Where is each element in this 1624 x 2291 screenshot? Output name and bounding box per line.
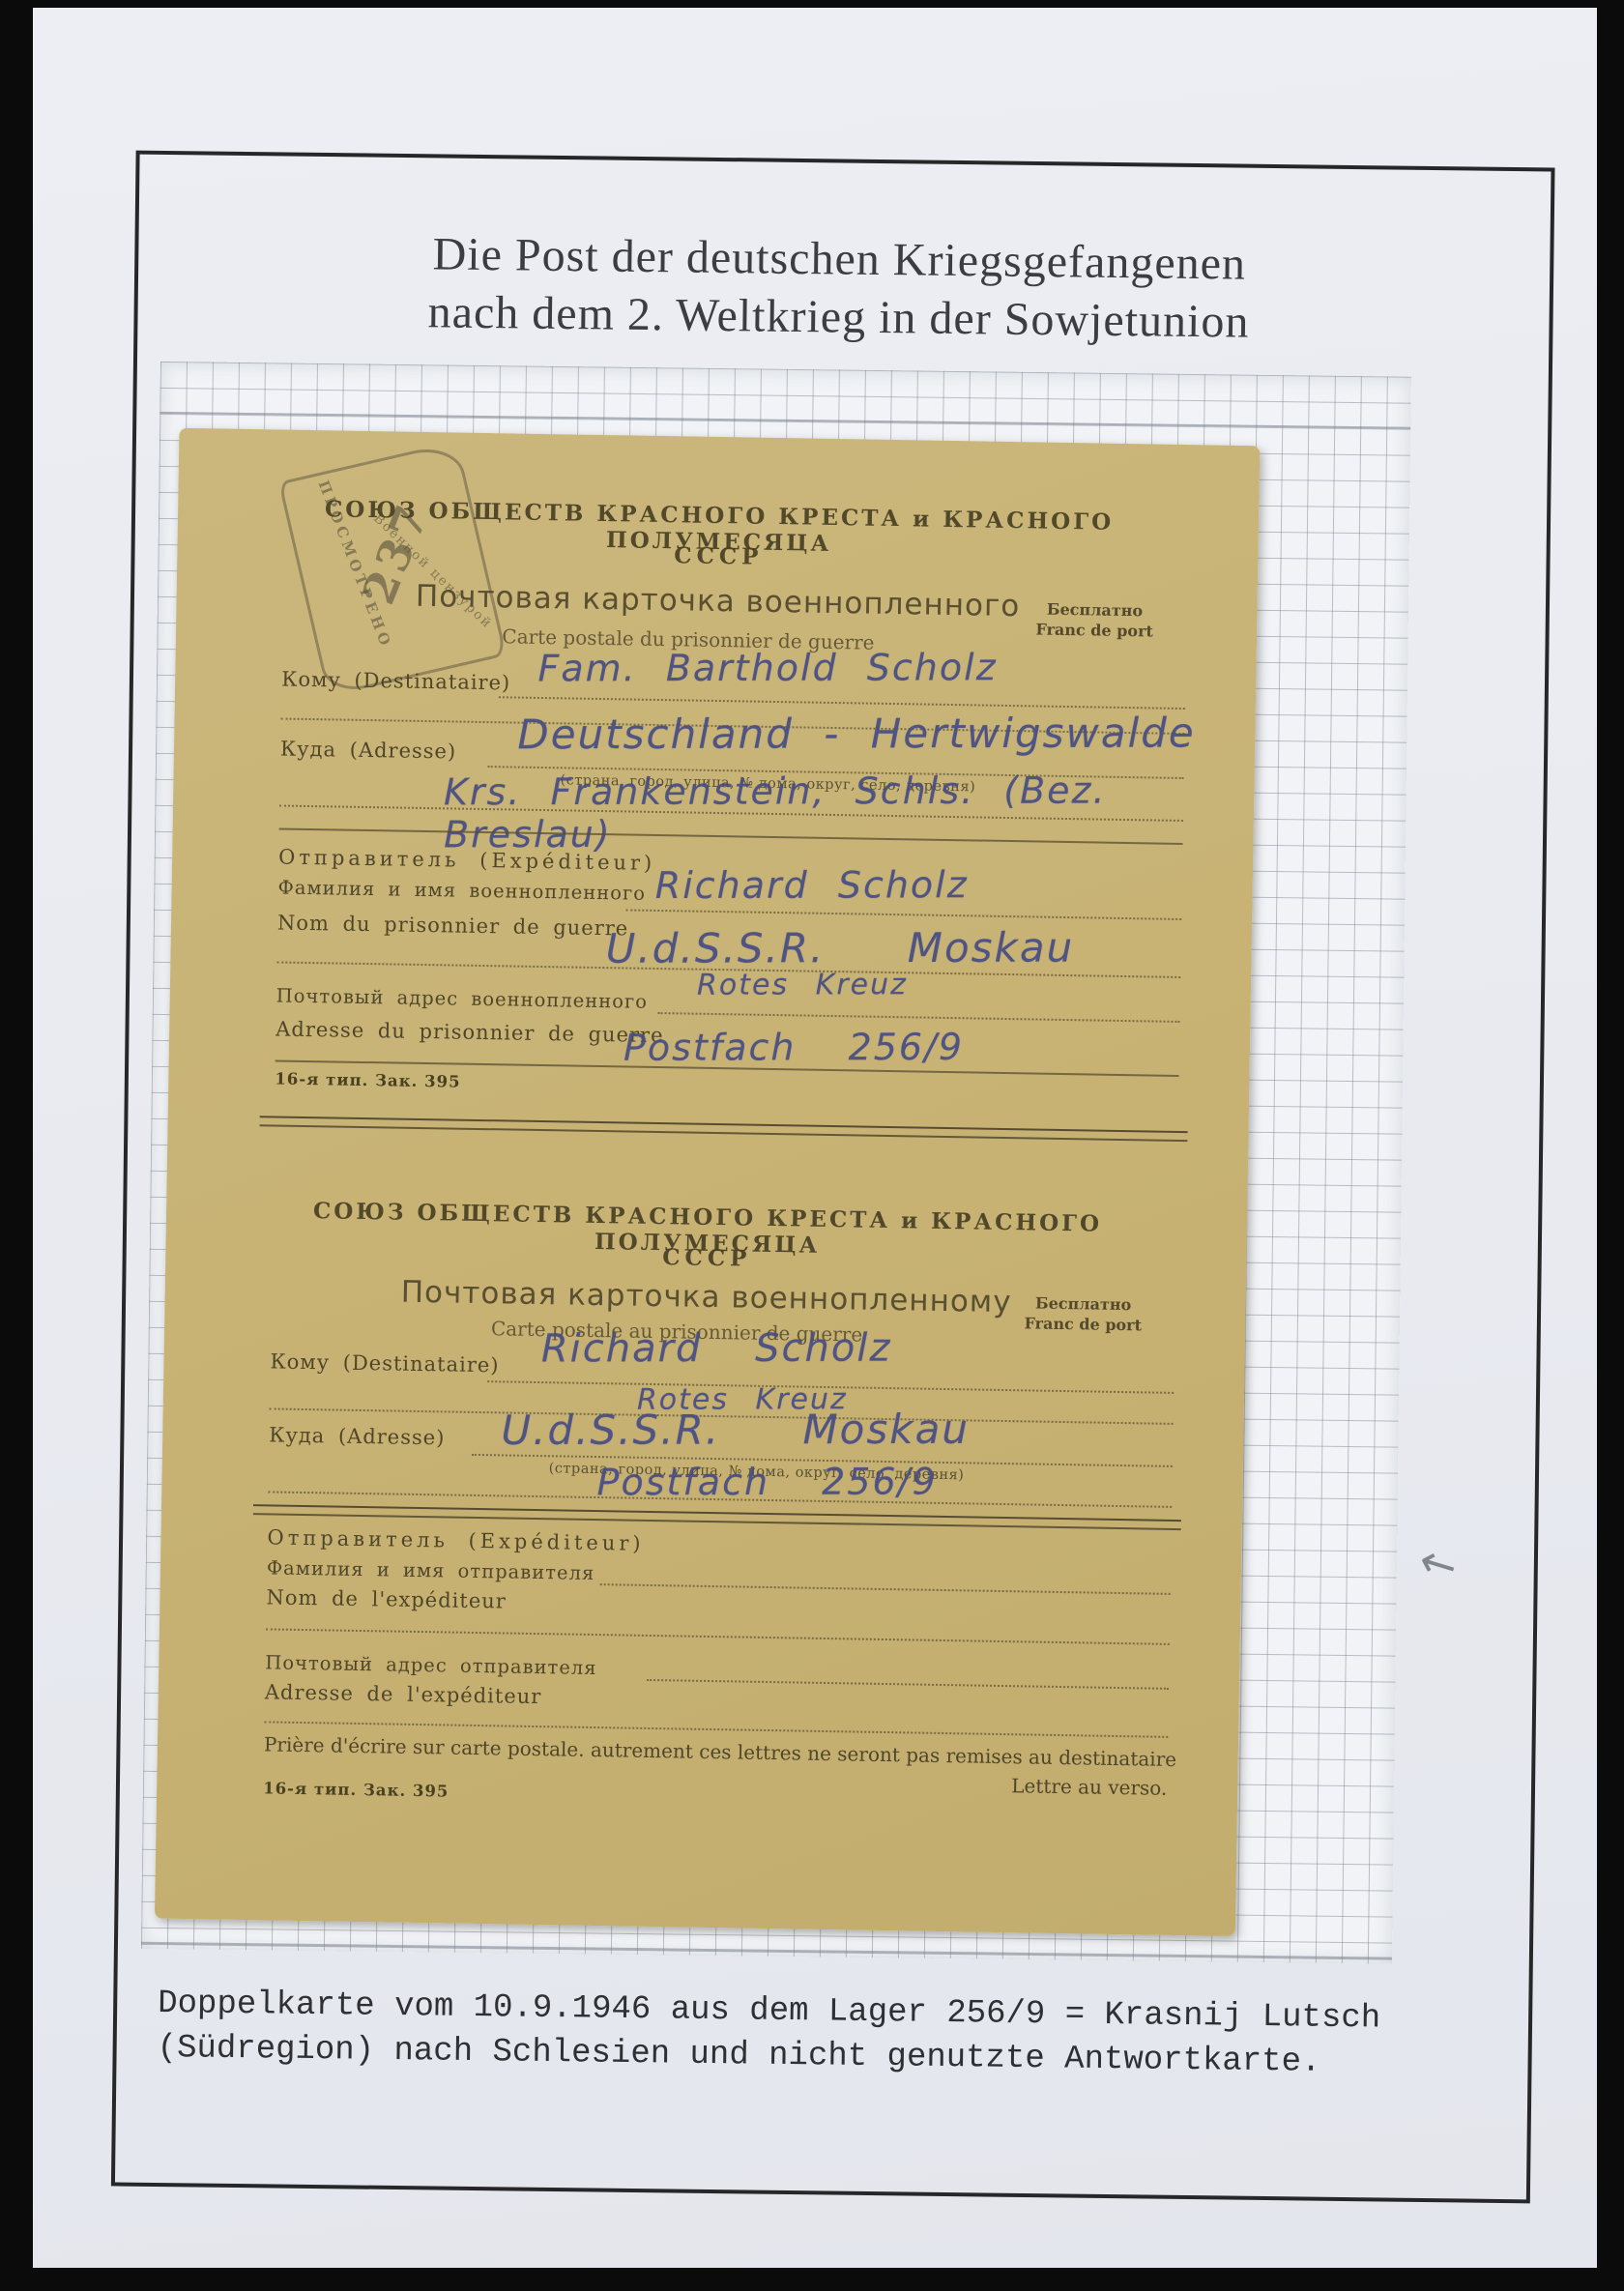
card-top-franc-de-port: Бесплатно Franc de port [1002, 598, 1187, 642]
exhibit-caption: Doppelkarte vom 10.9.1946 aus dem Lager … [157, 1982, 1463, 2086]
card-bottom-sender-name-label: Фамилия и имя отправителя [267, 1556, 595, 1584]
dotted-line [499, 696, 1185, 710]
page-tilt-wrapper: Die Post der deutschen Kriegsgefangenen … [8, 6, 1599, 2285]
handwriting-top-destinataire: Fam. Barthold Scholz [537, 646, 997, 689]
dotted-line [658, 1012, 1180, 1023]
card-top-to-label: Кому (Destinataire) [281, 668, 510, 695]
pow-double-postcard: ПРОСМОТРЕНО 237 Военной цензурой СОЮЗ ОБ… [155, 428, 1260, 1936]
handwriting-bottom-address: U.d.S.S.R. Moskau [501, 1406, 970, 1454]
card-top-pow-name-label-fr: Nom du prisonnier de guerre [277, 911, 629, 940]
card-bottom-sender-addr-label: Почтовый адрес отправителя [265, 1651, 597, 1679]
card-bottom-notice: Prière d'écrire sur carte postale. autre… [264, 1732, 1177, 1771]
card-top-where-label: Куда (Adresse) [280, 738, 457, 764]
exhibit-title: Die Post der deutschen Kriegsgefangenen … [108, 221, 1569, 355]
censor-stamp: ПРОСМОТРЕНО 237 Военной цензурой [278, 441, 507, 697]
scanned-photo: Die Post der deutschen Kriegsgefangenen … [0, 0, 1624, 2291]
card-bottom-where-label: Куда (Adresse) [269, 1423, 446, 1449]
dotted-line [625, 909, 1181, 920]
handwriting-top-country: U.d.S.S.R. Moskau [606, 923, 1075, 971]
handwriting-top-address1: Deutschland - Hertwigswalde [517, 709, 1196, 758]
dotted-line [600, 1583, 1171, 1595]
album-page: Die Post der deutschen Kriegsgefangenen … [33, 8, 1597, 2268]
card-bottom-print-note: 16-я тип. Зак. 395 [263, 1779, 449, 1800]
card-top-pow-addr-label-fr: Adresse du prisonnier de guerre [275, 1017, 664, 1047]
dotted-line [647, 1679, 1169, 1690]
handwriting-top-rotes-kreuz: Rotes Kreuz [697, 968, 908, 1002]
card-top-pow-name-label: Фамилия и имя военнопленного [277, 876, 646, 904]
handwriting-bottom-destinataire: Richard Scholz [541, 1326, 892, 1372]
fold-divider [260, 1116, 1188, 1142]
card-bottom-sender-addr-label-fr: Adresse de l'expéditeur [265, 1680, 542, 1708]
dotted-line [266, 1628, 1170, 1645]
card-bottom-notice2: Lettre au verso. [833, 1771, 1167, 1800]
card-bottom-sender-name-label-fr: Nom de l'expéditeur [266, 1585, 507, 1612]
card-bottom-franc-de-port: Бесплатно Franc de port [991, 1292, 1175, 1336]
free-fr: Franc de port [991, 1313, 1174, 1336]
card-top-sender-label: Отправитель (Expéditeur) [278, 845, 655, 874]
free-fr: Franc de port [1002, 619, 1186, 642]
card-top-pow-addr-label: Почтовый адрес военнопленного [276, 984, 649, 1012]
card-bottom-to-label: Кому (Destinataire) [270, 1349, 499, 1377]
handwriting-top-postfach: Postfach 256/9 [623, 1026, 964, 1069]
card-top-print-note: 16-я тип. Зак. 395 [275, 1069, 461, 1090]
section-divider [253, 1504, 1181, 1530]
card-bottom-sender-label: Отправитель (Expéditeur) [267, 1525, 644, 1554]
sleeve-edge-top [159, 412, 1410, 429]
handwriting-top-pow-name: Richard Scholz [655, 863, 969, 907]
